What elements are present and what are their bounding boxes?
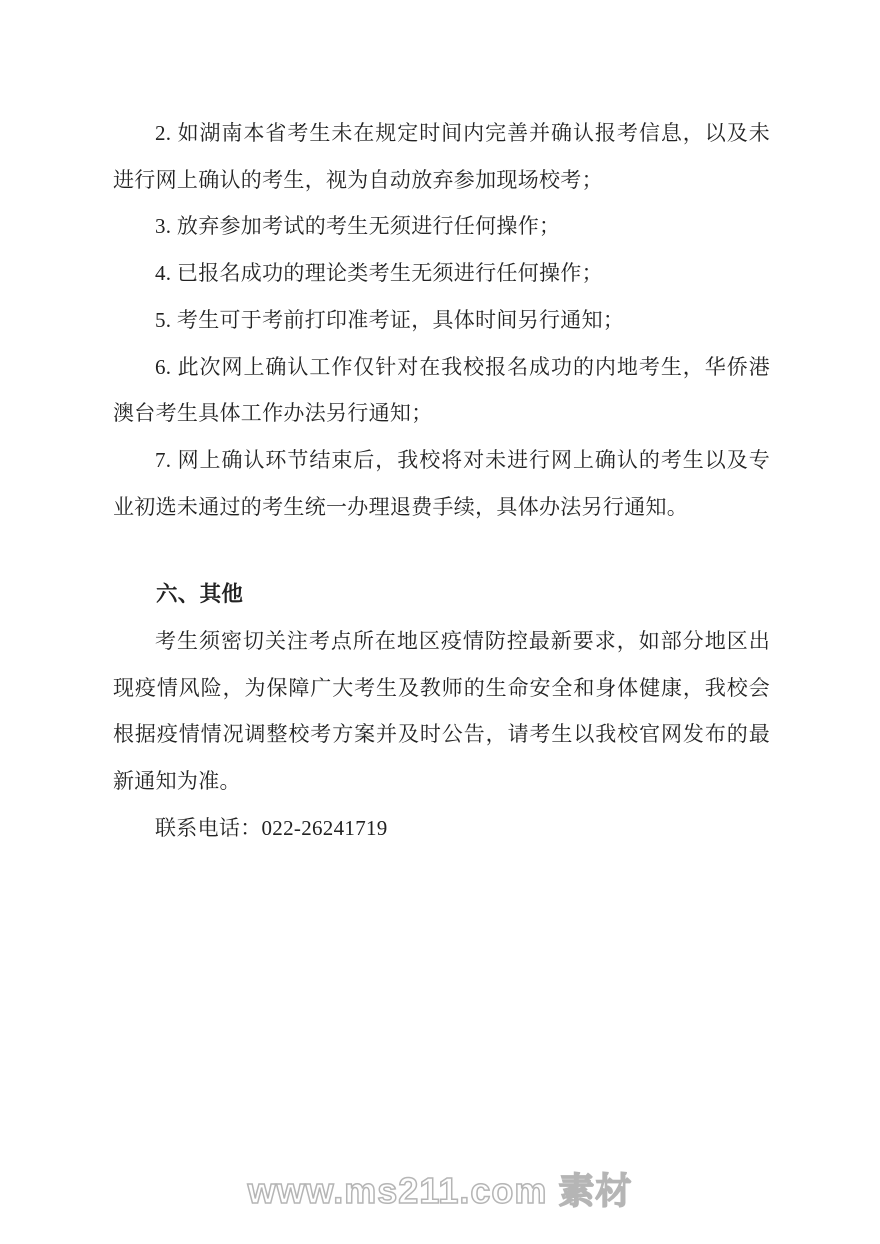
numbered-item-2: 2. 如湖南本省考生未在规定时间内完善并确认报考信息，以及未进行网上确认的考生，… [113,110,770,203]
watermark: www.ms211.com 素材 [0,1163,880,1214]
document-page: 2. 如湖南本省考生未在规定时间内完善并确认报考信息，以及未进行网上确认的考生，… [0,0,880,1244]
section-paragraph: 考生须密切关注考点所在地区疫情防控最新要求，如部分地区出现疫情风险，为保障广大考… [113,618,770,805]
contact-phone-line: 联系电话：022-26241719 [113,805,770,852]
document-content: 2. 如湖南本省考生未在规定时间内完善并确认报考信息，以及未进行网上确认的考生，… [113,110,770,852]
numbered-item-7: 7. 网上确认环节结束后，我校将对未进行网上确认的考生以及专业初选未通过的考生统… [113,437,770,530]
numbered-item-3: 3. 放弃参加考试的考生无须进行任何操作； [113,203,770,250]
numbered-item-6: 6. 此次网上确认工作仅针对在我校报名成功的内地考生，华侨港澳台考生具体工作办法… [113,344,770,437]
section-heading: 六、其他 [113,571,770,618]
numbered-item-5: 5. 考生可于考前打印准考证，具体时间另行通知； [113,297,770,344]
numbered-item-4: 4. 已报名成功的理论类考生无须进行任何操作； [113,250,770,297]
